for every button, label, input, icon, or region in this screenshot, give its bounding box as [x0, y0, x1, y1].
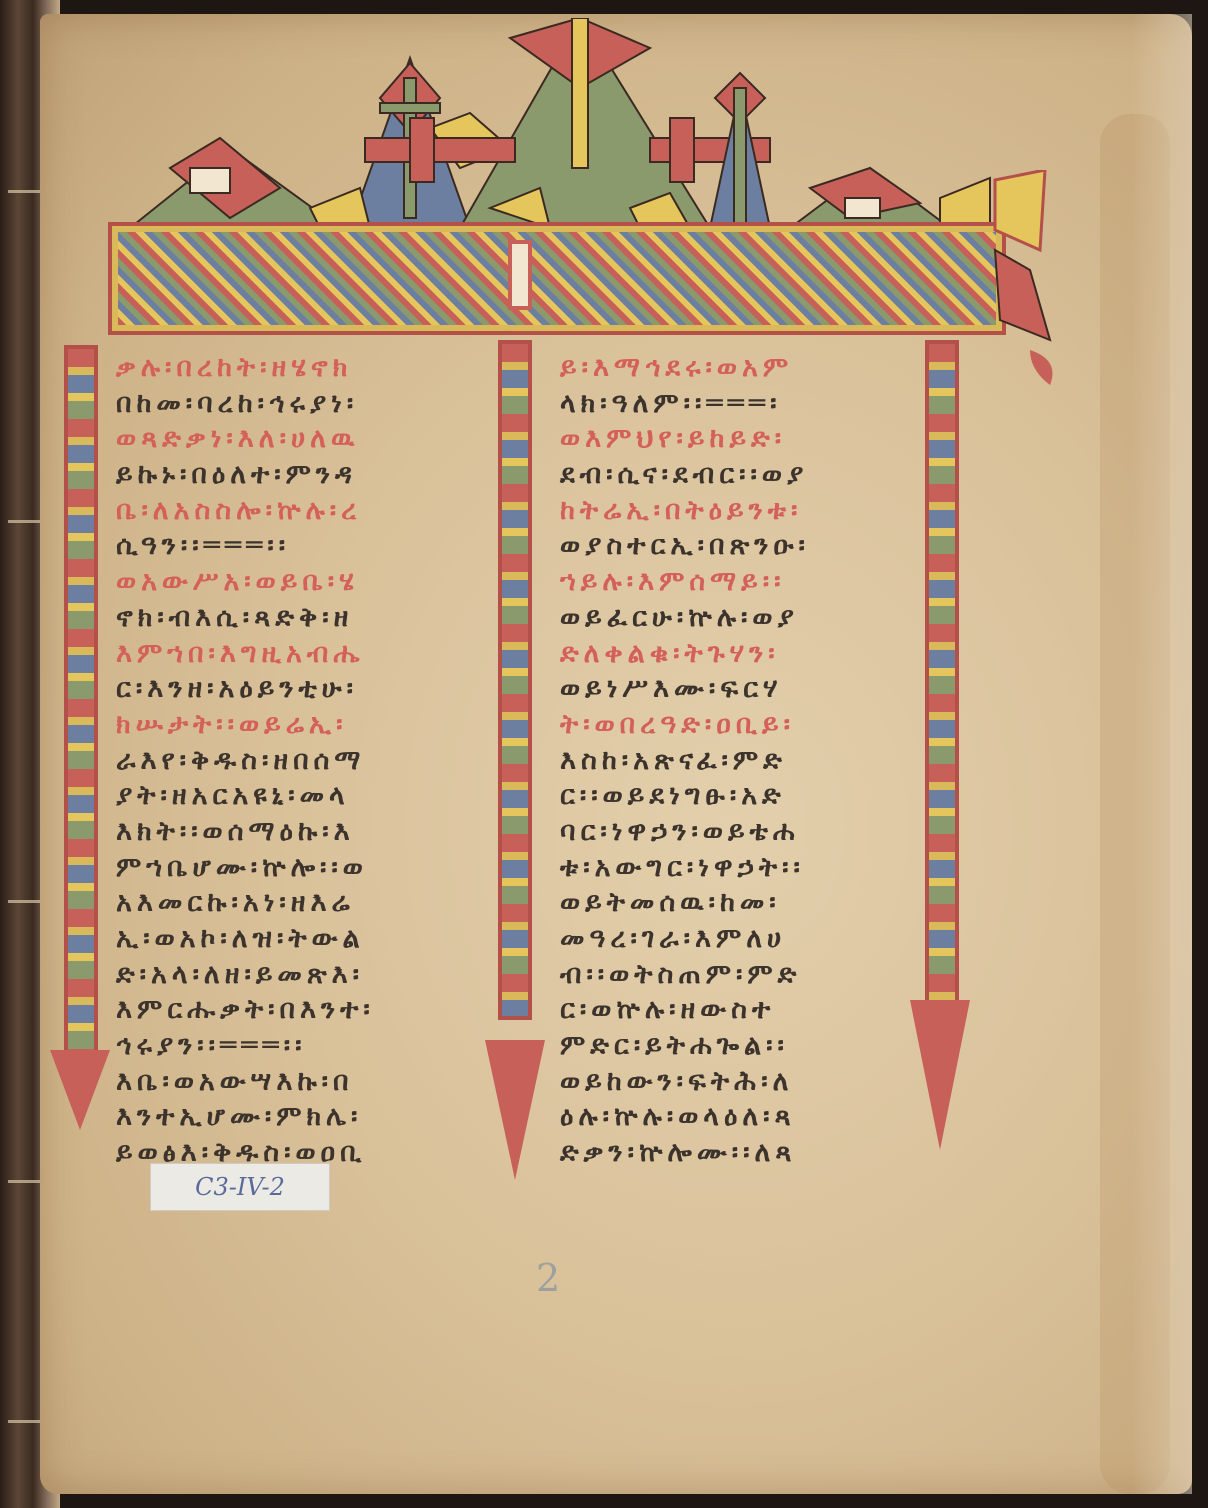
text-line: እክት፡፡ወሰማዕኩ፡እ	[116, 814, 375, 850]
right-text-column: ይ፡እማኅደሩ፡ወአም ላክ፡ዓለም፡፡═══፡ ወእምህየ፡ይከይድ፡ ደብ፡…	[560, 350, 810, 1171]
text-line: ት፡ወበረዓድ፡ዐቢይ፡	[560, 707, 810, 743]
text-line: በከመ፡ባረከ፡ኅሩያነ፡	[116, 386, 375, 422]
side-flag-ornament-icon	[990, 170, 1070, 390]
text-line: ያት፡ዘአርአዩኒ፡መላ	[116, 778, 375, 814]
text-line: ኀይሉ፡እምሰማይ፡፡	[560, 564, 810, 600]
text-line: ይ፡እማኅደሩ፡ወአም	[560, 350, 810, 386]
text-line: ደብ፡ሲና፡ደብር፡፡ወያ	[560, 457, 810, 493]
right-frame-pillar	[925, 340, 959, 1020]
text-line: ከትሬኢ፡በትዕይንቱ፡	[560, 493, 810, 529]
text-line: ክሡታት፡፡ወይሬኢ፡	[116, 707, 375, 743]
text-line: ይኩኑ፡በዕለተ፡ምንዳ	[116, 457, 375, 493]
text-line: ድለቀልቁ፡ትጉሃን፡	[560, 636, 810, 672]
text-line: ኅሩያን፡፡═══፡፡	[116, 1028, 375, 1064]
text-line: አእመርኩ፡አነ፡ዘእሬ	[116, 885, 375, 921]
text-line: ኢ፡ወአኮ፡ለዝ፡ትውል	[116, 921, 375, 957]
text-line: ወእምህየ፡ይከይድ፡	[560, 421, 810, 457]
text-line: መዓረ፡ገራ፡እምለሀ	[560, 921, 810, 957]
text-line: ወይፈርሁ፡ኵሉ፡ወያ	[560, 600, 810, 636]
center-frame-pillar	[498, 340, 532, 1020]
text-line: ድቃን፡ኵሎሙ፡፡ለጻ	[560, 1135, 810, 1171]
folio-number: 2	[536, 1256, 560, 1300]
text-line: ር፡፡ወይደነግፁ፡አድ	[560, 778, 810, 814]
text-line: ብ፡፡ወትስጠም፡ምድ	[560, 957, 810, 993]
text-line: ወይነሥእሙ፡ፍርሃ	[560, 671, 810, 707]
text-line: ወይከውን፡ፍትሕ፡ለ	[560, 1064, 810, 1100]
text-line: ቱ፡አውግር፡ነዋኃት፡፡	[560, 850, 810, 886]
text-line: ወአውሥአ፡ወይቤ፡ሄ	[116, 564, 375, 600]
page-edge	[1132, 14, 1192, 1494]
text-line: ኖክ፡ብእሲ፡ጻድቅ፡ዘ	[116, 600, 375, 636]
text-line: ባር፡ነዋኃን፡ወይቴሐ	[560, 814, 810, 850]
text-line: እምርሑቃት፡በእንተ፡	[116, 992, 375, 1028]
text-line: ቤ፡ለአስስሎ፡ኵሉ፡ረ	[116, 493, 375, 529]
interlace-band	[112, 226, 1002, 331]
text-line: እንተኢሆሙ፡ምክሌ፡	[116, 1099, 375, 1135]
text-line: ላክ፡ዓለም፡፡═══፡	[560, 386, 810, 422]
text-line: ወጻድቃነ፡እለ፡ሀለዉ	[116, 421, 375, 457]
left-pillar-base	[50, 1050, 110, 1130]
text-line: እቤ፡ወአውሣእኩ፡በ	[116, 1064, 375, 1100]
text-line: ሲዓን፡፡═══፡፡	[116, 528, 375, 564]
text-line: ቃሉ፡በረከት፡ዘሄኖክ	[116, 350, 375, 386]
text-line: እስከ፡አጽናፈ፡ምድ	[560, 743, 810, 779]
text-line: ድ፡አላ፡ለዘ፡ይመጽእ፡	[116, 957, 375, 993]
text-line: ር፡ወኵሉ፡ዘውስተ	[560, 992, 810, 1028]
shelfmark-label: C3-IV-2	[150, 1163, 330, 1211]
text-line: ወይትመሰዉ፡ከመ፡	[560, 885, 810, 921]
interlace-band-divider	[508, 240, 532, 310]
text-line: ዕሉ፡ኵሉ፡ወላዕለ፡ጻ	[560, 1099, 810, 1135]
right-pillar-base	[910, 1000, 970, 1150]
text-line: ራእየ፡ቅዱስ፡ዘበሰማ	[116, 743, 375, 779]
text-line: ምኀቤሆሙ፡ኵሎ፡፡ወ	[116, 850, 375, 886]
left-text-column: ቃሉ፡በረከት፡ዘሄኖክ በከመ፡ባረከ፡ኅሩያነ፡ ወጻድቃነ፡እለ፡ሀለዉ …	[116, 350, 375, 1171]
text-line: ወያስተርኢ፡በጽንዑ፡	[560, 528, 810, 564]
center-pillar-base	[485, 1040, 545, 1180]
text-line: ምድር፡ይትሐጐል፡፡	[560, 1028, 810, 1064]
text-line: ር፡እንዘ፡አዕይንቲሁ፡	[116, 671, 375, 707]
left-frame-pillar	[64, 345, 98, 1075]
text-line: እምኀበ፡እግዚአብሔ	[116, 636, 375, 672]
